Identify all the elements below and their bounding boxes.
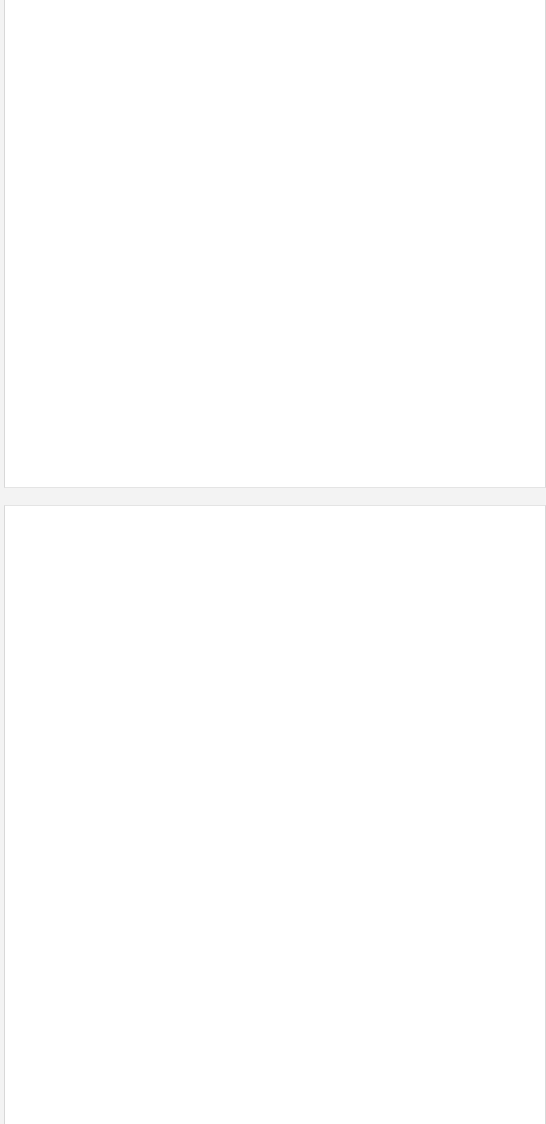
document-page-4 — [4, 505, 546, 1124]
document-page-3 — [4, 0, 546, 488]
